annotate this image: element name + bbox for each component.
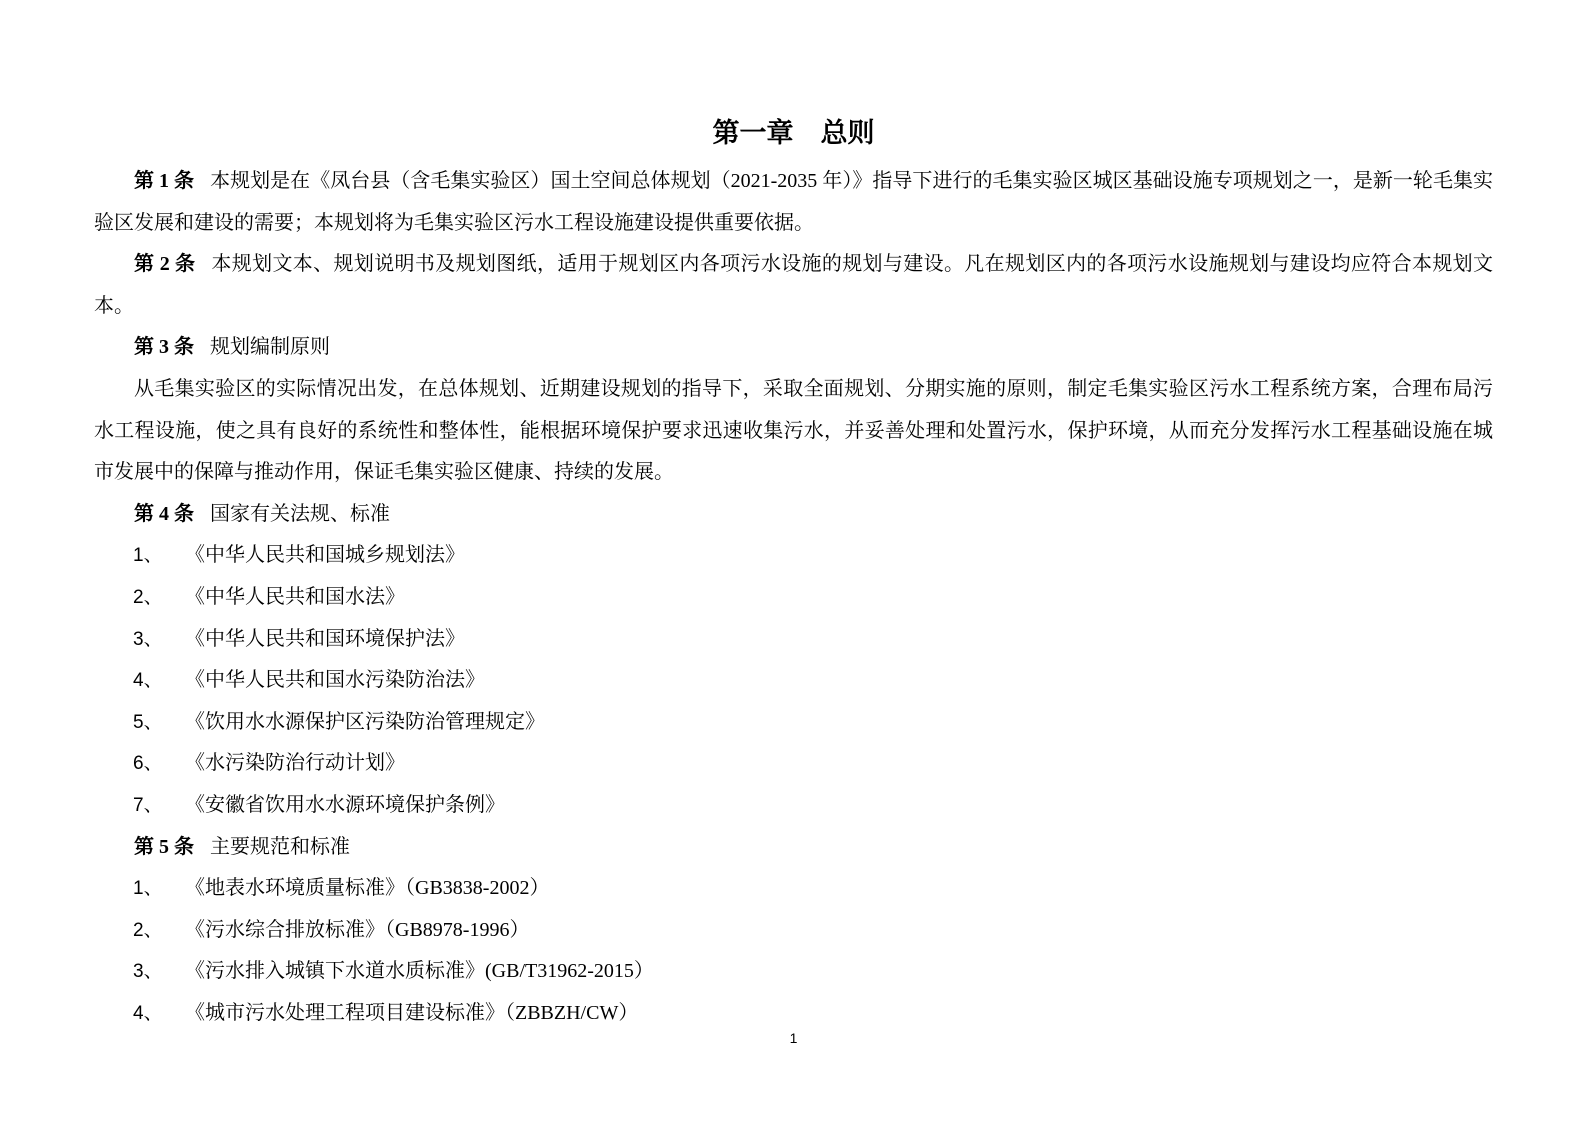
law-list-item-3: 3、《中华人民共和国环境保护法》 <box>94 619 1493 661</box>
law-list-item-4-text: 《中华人民共和国水污染防治法》 <box>185 669 485 691</box>
law-list-item-7: 7、《安徽省饮用水水源环境保护条例》 <box>94 785 1493 827</box>
article-4-label: 第 4 条 <box>134 503 194 525</box>
list-number: 2、 <box>133 577 163 619</box>
article-1: 第 1 条本规划是在《凤台县（含毛集实验区）国土空间总体规划（2021-2035… <box>94 161 1493 244</box>
standard-list-item-1: 1、《地表水环境质量标准》（GB3838-2002） <box>94 868 1493 910</box>
article-5-text: 主要规范和标准 <box>210 836 350 858</box>
article-3-label: 第 3 条 <box>134 336 194 358</box>
list-number: 5、 <box>133 702 163 744</box>
law-list-item-2: 2、《中华人民共和国水法》 <box>94 577 1493 619</box>
standard-list-item-2: 2、《污水综合排放标准》（GB8978-1996） <box>94 910 1493 952</box>
article-4: 第 4 条国家有关法规、标准 <box>94 494 1493 536</box>
list-number: 4、 <box>133 660 163 702</box>
article-4-text: 国家有关法规、标准 <box>210 503 390 525</box>
law-list-item-6-text: 《水污染防治行动计划》 <box>185 752 405 774</box>
law-list-item-1-text: 《中华人民共和国城乡规划法》 <box>185 544 465 566</box>
standard-list-item-1-text: 《地表水环境质量标准》（GB3838-2002） <box>185 877 549 899</box>
document-page: 第一章 总则 第 1 条本规划是在《凤台县（含毛集实验区）国土空间总体规划（20… <box>0 0 1587 1122</box>
law-list-item-7-text: 《安徽省饮用水水源环境保护条例》 <box>185 794 505 816</box>
list-number: 6、 <box>133 743 163 785</box>
list-number: 1、 <box>133 535 163 577</box>
article-3: 第 3 条规划编制原则 <box>94 327 1493 369</box>
list-number: 2、 <box>133 910 163 952</box>
page-number: 1 <box>0 1030 1587 1046</box>
law-list-item-2-text: 《中华人民共和国水法》 <box>185 586 405 608</box>
law-list-item-5: 5、《饮用水水源保护区污染防治管理规定》 <box>94 702 1493 744</box>
article-3-body-paragraph: 从毛集实验区的实际情况出发，在总体规划、近期建设规划的指导下，采取全面规划、分期… <box>94 369 1493 494</box>
list-number: 4、 <box>133 993 163 1035</box>
standard-list-item-4: 4、《城市污水处理工程项目建设标准》（ZBBZH/CW） <box>94 993 1493 1035</box>
list-number: 7、 <box>133 785 163 827</box>
article-2: 第 2 条本规划文本、规划说明书及规划图纸，适用于规划区内各项污水设施的规划与建… <box>94 244 1493 327</box>
standard-list-item-4-text: 《城市污水处理工程项目建设标准》（ZBBZH/CW） <box>185 1002 638 1024</box>
list-number: 3、 <box>133 619 163 661</box>
article-1-text: 本规划是在《凤台县（含毛集实验区）国土空间总体规划（2021-2035 年）》指… <box>94 170 1493 234</box>
law-list-item-6: 6、《水污染防治行动计划》 <box>94 743 1493 785</box>
chapter-title: 第一章 总则 <box>94 0 1493 152</box>
article-5-label: 第 5 条 <box>134 836 194 858</box>
document-body: 第 1 条本规划是在《凤台县（含毛集实验区）国土空间总体规划（2021-2035… <box>94 161 1493 1034</box>
law-list-item-5-text: 《饮用水水源保护区污染防治管理规定》 <box>185 711 545 733</box>
article-2-text: 本规划文本、规划说明书及规划图纸，适用于规划区内各项污水设施的规划与建设。凡在规… <box>94 253 1493 317</box>
article-2-label: 第 2 条 <box>134 253 195 275</box>
list-number: 3、 <box>133 951 163 993</box>
article-5: 第 5 条主要规范和标准 <box>94 827 1493 869</box>
law-list-item-4: 4、《中华人民共和国水污染防治法》 <box>94 660 1493 702</box>
law-list-item-3-text: 《中华人民共和国环境保护法》 <box>185 628 465 650</box>
standard-list-item-3-text: 《污水排入城镇下水道水质标准》(GB/T31962-2015） <box>185 960 654 982</box>
article-3-text: 规划编制原则 <box>210 336 330 358</box>
standard-list-item-2-text: 《污水综合排放标准》（GB8978-1996） <box>185 919 529 941</box>
law-list-item-1: 1、《中华人民共和国城乡规划法》 <box>94 535 1493 577</box>
list-number: 1、 <box>133 868 163 910</box>
standard-list-item-3: 3、《污水排入城镇下水道水质标准》(GB/T31962-2015） <box>94 951 1493 993</box>
article-1-label: 第 1 条 <box>134 170 194 192</box>
